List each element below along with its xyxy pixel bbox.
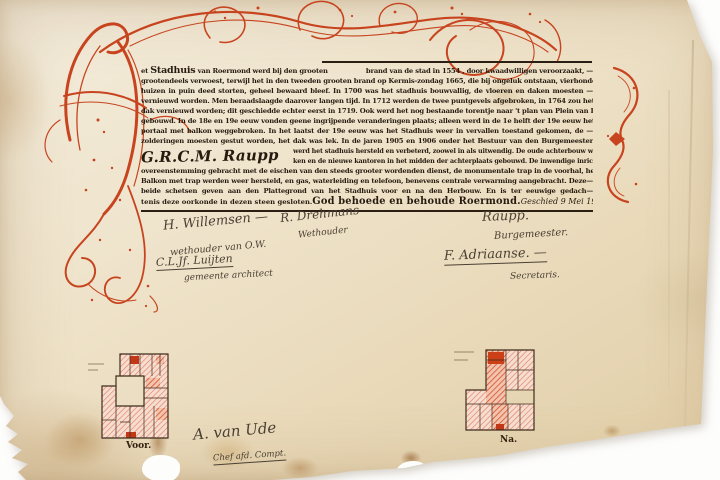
text-line: zolderingen moesten gestut worden, het d… [141, 136, 593, 146]
text-line: huizen in puin deed storten, geheel bewa… [141, 86, 593, 96]
text-line: vernieuwd worden. Men beraadslaagde daar… [141, 96, 593, 106]
text-line: gebouwd. In de 18e en 19e eeuw vonden ge… [141, 116, 593, 126]
manuscript-text-block: et Stadhuis van Roermond werd bij den gr… [141, 66, 593, 210]
torn-hole [396, 461, 428, 480]
signature-secretaris: F. Adriaanse. — [444, 245, 547, 266]
aged-paper: et Stadhuis van Roermond werd bij den gr… [0, 0, 720, 480]
floorplan-before [86, 350, 178, 446]
text-line: et Stadhuis van Roermond werd bij den gr… [141, 66, 593, 76]
closing-text: tenis deze oorkonde in dezen steen geslo… [141, 198, 312, 206]
plan-before-label: Voor. [126, 441, 151, 451]
text-line: dak vernieuwd worden; dit geschiedde ech… [141, 106, 593, 116]
plan-after-label: Na. [500, 435, 517, 445]
paper-wrap: et Stadhuis van Roermond werd bij den gr… [0, 0, 720, 480]
torn-hole [142, 455, 180, 480]
signature-burgemeester: Raupp. [482, 208, 529, 225]
line1-left: et Stadhuis van Roermond werd bij den gr… [141, 66, 328, 76]
text-line: ken en de nieuwe kantoren in het midden … [293, 156, 593, 166]
text-line: werd het stadhuis hersteld en verbeterd,… [293, 146, 593, 156]
burgemeester-name-calligraphy: G.R.C.M. Raupp [141, 145, 293, 168]
text-line: grootendeels verwoest, terwijl het in de… [141, 76, 593, 86]
line1-right: brand van de stad in 1554 , door kwaadwi… [366, 66, 593, 76]
text-top-rule [322, 61, 592, 63]
photo-of-document: et Stadhuis van Roermond werd bij den gr… [0, 0, 720, 480]
closing-date: Geschied 9 Mei 1907. [521, 197, 593, 206]
text-line: beide schetsen geven aan den Plattegrond… [141, 186, 593, 196]
text-line: overeenstemming gebracht met de eischen … [141, 166, 593, 176]
raupp-paragraph: G.R.C.M. Raupp werd het stadhuis herstel… [141, 146, 593, 166]
text-line: Balkon met trap werden weer hersteld, en… [141, 176, 593, 186]
raupp-paragraph-lines: werd het stadhuis hersteld en verbeterd,… [293, 146, 593, 166]
floorplan-after [452, 346, 548, 438]
stadhuis-word: Stadhuis [150, 66, 195, 76]
signature-title-secretaris: Secretaris. [510, 270, 560, 282]
text-line: portaal met balkon weggebroken. In het l… [141, 126, 593, 136]
